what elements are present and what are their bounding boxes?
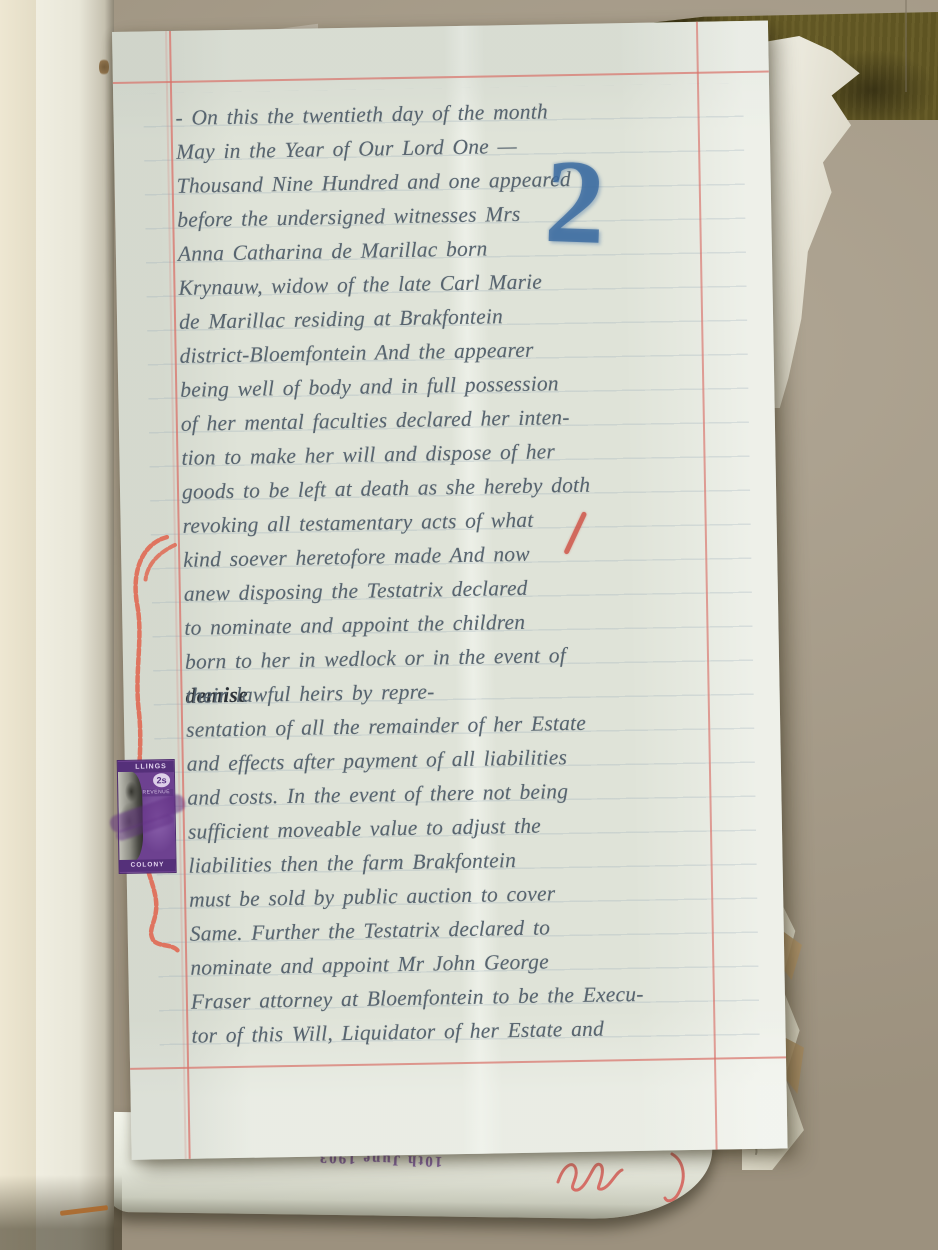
red-ink-scribbles xyxy=(550,1148,710,1208)
manuscript-page: - On this the twentieth day of the month… xyxy=(112,21,788,1160)
top-margin-line xyxy=(113,71,769,84)
red-margin-squiggle xyxy=(121,529,192,960)
stain-spot xyxy=(99,58,109,76)
photograph-of-handwritten-will: 10th June 1903 96. - On this the twentie… xyxy=(0,0,938,1250)
left-page-stack-edge-inner xyxy=(36,0,114,1250)
board-crease xyxy=(905,0,907,92)
blue-crayon-number: 2 xyxy=(543,141,607,263)
purple-revenue-stamp: LLINGS 2s REVENUE COLONY xyxy=(117,759,177,874)
line-segment: their lawful heirs by repre- xyxy=(185,674,434,712)
left-page-stack-edge-outer xyxy=(0,0,38,1250)
stamp-value-badge: 2s xyxy=(153,773,170,787)
handwritten-text-block: - On this the twentieth day of the month… xyxy=(175,91,732,1052)
stamp-bottom-banner: COLONY xyxy=(119,859,175,872)
stamp-revenue-band: REVENUE xyxy=(139,789,173,797)
